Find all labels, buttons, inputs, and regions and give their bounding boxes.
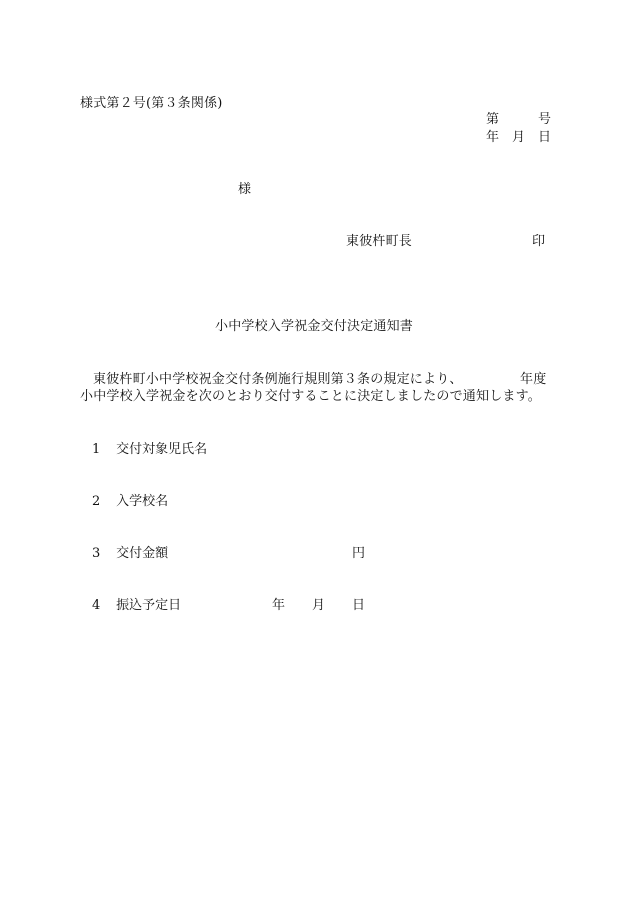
date-day-label: 日 [538,130,551,146]
item-recipient-child-name: 1 交付対象児氏名 [92,442,207,458]
amount-unit-yen: 円 [352,546,365,562]
doc-number-prefix: 第 [486,112,499,128]
transfer-date-day: 日 [352,598,365,614]
date-year-label: 年 [486,130,499,146]
document-title: 小中学校入学祝金交付決定通知書 [215,319,413,335]
item-label: 交付金額 [116,546,168,561]
date-month-label: 月 [512,130,525,146]
recipient-honorific: 様 [238,182,251,198]
item-number: 3 [92,546,112,562]
body-fiscal-year-label: 年度 [520,372,546,388]
item-number: 4 [92,598,112,614]
item-label: 振込予定日 [116,598,181,613]
transfer-date-year: 年 [272,598,285,614]
item-label: 交付対象児氏名 [116,442,207,457]
item-number: 2 [92,494,112,510]
transfer-date-month: 月 [312,598,325,614]
sender-title: 東彼杵町長 [346,234,412,250]
body-line-2: 小中学校入学祝金を次のとおり交付することに決定しましたので通知します。 [80,389,541,405]
item-label: 入学校名 [116,494,168,509]
body-line-1: 東彼杵町小中学校祝金交付条例施行規則第３条の規定により、 [93,372,463,388]
document-page: 様式第２号(第３条関係) 第 号 年 月 日 様 東彼杵町長 印 小中学校入学祝… [0,0,630,903]
form-number: 様式第２号(第３条関係) [80,96,223,112]
seal-mark: 印 [532,234,545,250]
item-transfer-date: 4 振込予定日 [92,598,181,614]
doc-number-suffix: 号 [538,112,551,128]
item-school-name: 2 入学校名 [92,494,168,510]
item-grant-amount: 3 交付金額 [92,546,168,562]
item-number: 1 [92,442,112,458]
